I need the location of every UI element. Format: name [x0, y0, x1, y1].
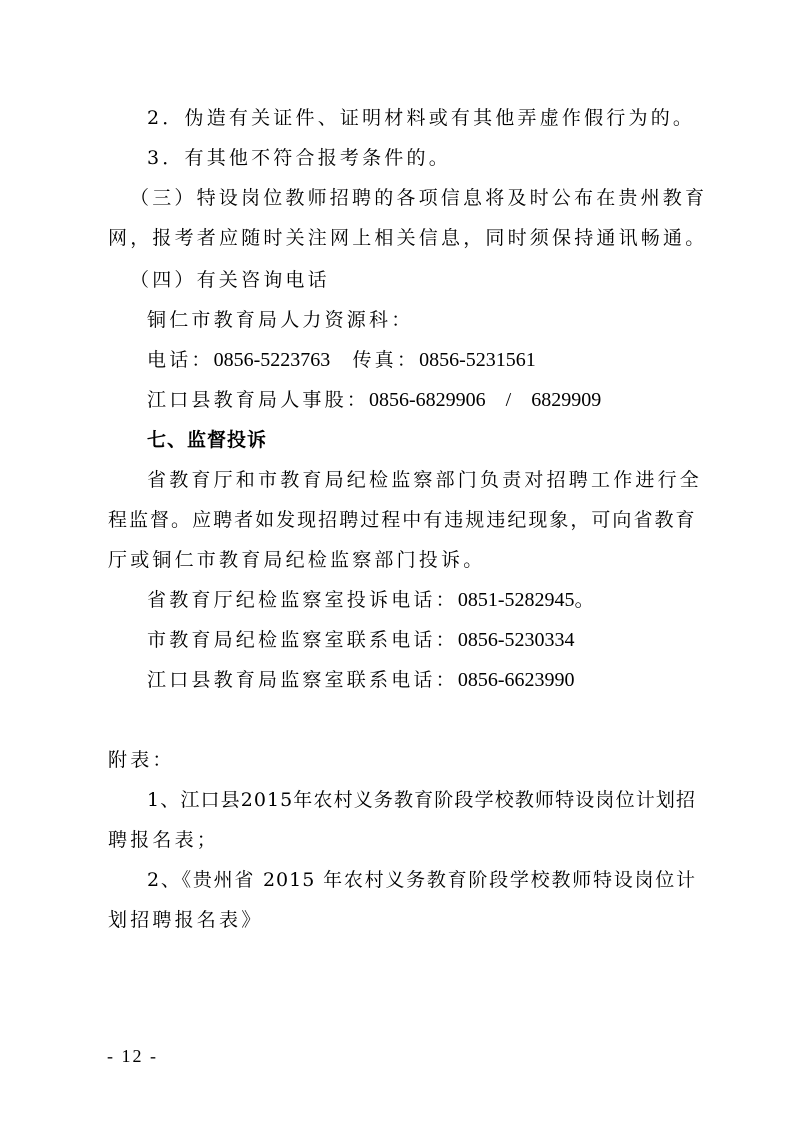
complaint-phone-city: 市教育局纪检监察室联系电话：0856-5230334: [147, 628, 735, 652]
attachment-2-line2: 划招聘报名表》: [108, 908, 696, 932]
complaint-phone-county: 江口县教育局监察室联系电话：0856-6623990: [147, 668, 735, 692]
supervision-para-line2: 程监督。应聘者如发现招聘过程中有违规违纪现象，可向省教育: [108, 508, 696, 532]
page-number: - 12 -: [107, 1046, 158, 1067]
section-4-heading: （四）有关咨询电话: [130, 268, 718, 292]
value: 0851-5282945。: [458, 589, 595, 611]
item-2-forgery: 2．伪造有关证件、证明材料或有其他弄虚作假行为的。: [147, 106, 735, 130]
contact-county: 江口县教育局人事股：0856-6829906 / 6829909: [147, 388, 735, 412]
complaint-phone-province: 省教育厅纪检监察室投诉电话：0851-5282945。: [147, 588, 735, 612]
section-3-para-line2: 网，报考者应随时关注网上相关信息，同时须保持通讯畅通。: [108, 226, 696, 250]
attachment-2-line1: 2、《贵州省 2015 年农村义务教育阶段学校教师特设岗位计: [147, 868, 696, 892]
county-label: 江口县教育局人事股：: [147, 389, 369, 411]
contact-phone-fax: 电话：0856-5223763 传真：0856-5231561: [147, 348, 735, 372]
contact-dept: 铜仁市教育局人力资源科：: [147, 308, 735, 332]
attachment-1-line2: 聘报名表；: [108, 828, 696, 852]
supervision-para-line1: 省教育厅和市教育局纪检监察部门负责对招聘工作进行全: [147, 468, 696, 492]
label: 江口县教育局监察室联系电话：: [147, 669, 458, 691]
label: 市教育局纪检监察室联系电话：: [147, 629, 458, 651]
county-value: 0856-6829906 / 6829909: [369, 389, 601, 411]
value: 0856-5230334: [458, 629, 575, 651]
fax-label: 传真：: [330, 349, 419, 371]
supervision-para-line3: 厅或铜仁市教育局纪检监察部门投诉。: [108, 548, 696, 572]
label: 省教育厅纪检监察室投诉电话：: [147, 589, 458, 611]
section-7-heading: 七、监督投诉: [147, 428, 735, 452]
attachment-1-line1: 1、江口县2015年农村义务教育阶段学校教师特设岗位计划招: [147, 788, 696, 812]
section-3-para-line1: （三）特设岗位教师招聘的各项信息将及时公布在贵州教育: [130, 186, 696, 210]
attachments-heading: 附表：: [108, 748, 696, 772]
phone-value: 0856-5223763: [214, 349, 331, 371]
fax-value: 0856-5231561: [419, 349, 536, 371]
item-3-other: 3．有其他不符合报考条件的。: [147, 146, 735, 170]
phone-label: 电话：: [147, 349, 214, 371]
value: 0856-6623990: [458, 669, 575, 691]
